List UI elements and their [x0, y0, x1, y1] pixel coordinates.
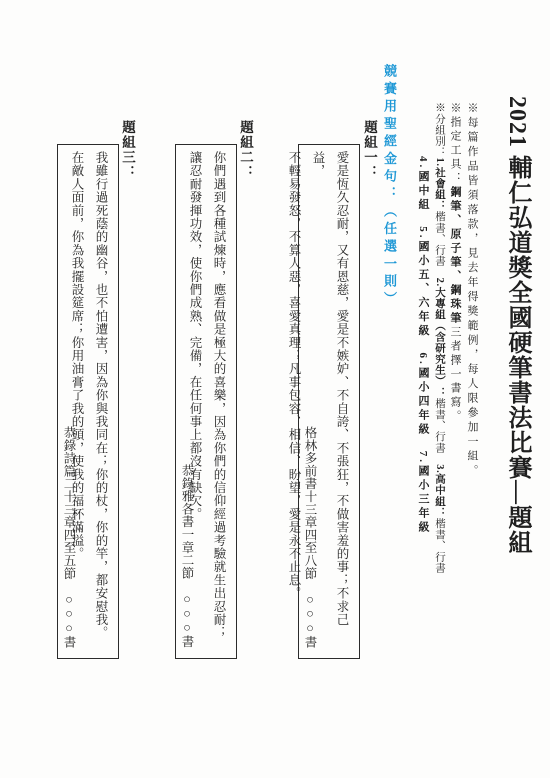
note-divisions: ※分組別：1.社會組：楷書、行書 2.大專組（含研究生）：楷書、行書 3.高中組…	[433, 102, 445, 573]
division-1-scripts: 楷書、行書	[434, 211, 445, 278]
note-divisions-prefix: ※分組別：	[434, 102, 445, 158]
page-title: 2021 輔仁弘道獎全國硬筆書法比賽—題組	[502, 96, 530, 555]
note-signature-requirement: ※每篇作品皆須落款，見去年得獎範例，每人限參加一組。	[465, 102, 478, 479]
note-tools-suffix: 三者擇一書寫。	[449, 326, 461, 424]
group-2-verse-box: 你們遇到各種試煉時，應看做是極大的喜樂，因為你們的信仰經過考驗就生出忍耐； 讓忍…	[175, 144, 237, 659]
group-1-label: 題組一：	[361, 120, 377, 180]
group-3-signature: 恭錄詩篇二十三章四至五節 ○○○書	[61, 426, 76, 648]
division-3-name: 3.高中組：	[434, 464, 445, 517]
division-2-scripts: 楷書、行書	[434, 398, 445, 465]
verse-instruction: 競賽用聖經金句：（任選一則）	[381, 64, 396, 309]
note-divisions-continued: 4.國中組 5.國小五、六年級 6.國小四年級 7.國小三年級	[416, 156, 429, 535]
group-3-label: 題組三：	[119, 120, 135, 180]
division-3-scripts: 楷書、行書	[434, 518, 445, 574]
group-3-verse-line-1: 我雖行過死蔭的幽谷，也不怕遭害，因為你與我同在；你的杖，你的竿，都安慰我。	[89, 151, 113, 652]
division-2-name: 2.大專組（含研究生）：	[434, 278, 445, 398]
group-2-verse-line-1: 你們遇到各種試煉時，應看做是極大的喜樂，因為你們的信仰經過考驗就生出忍耐；	[207, 151, 231, 652]
division-1-name: 1.社會組：	[434, 158, 445, 211]
note-tools-list: 鋼筆、原子筆、鋼珠筆	[449, 186, 461, 326]
note-designated-tools: ※指定工具：鋼筆、原子筆、鋼珠筆三者擇一書寫。	[448, 102, 461, 424]
group-1-verse-box: 愛是恆久忍耐，又有恩慈，愛是不嫉妒、不自誇、不張狂，不做害羞的事；不求己益， 不…	[298, 144, 360, 659]
group-1-signature: 格林多前書十三章四至八節 ○○○書	[302, 426, 317, 648]
competition-topic-sheet: 2021 輔仁弘道獎全國硬筆書法比賽—題組 ※每篇作品皆須落款，見去年得獎範例，…	[0, 0, 550, 778]
note-tools-prefix: ※指定工具：	[449, 102, 461, 186]
group-2-signature: 恭錄雅各書一章二節 ○○○書	[179, 464, 194, 648]
group-3-verse-box: 我雖行過死蔭的幽谷，也不怕遭害，因為你與我同在；你的杖，你的竿，都安慰我。 在敵…	[57, 144, 119, 659]
group-2-label: 題組二：	[237, 120, 253, 180]
